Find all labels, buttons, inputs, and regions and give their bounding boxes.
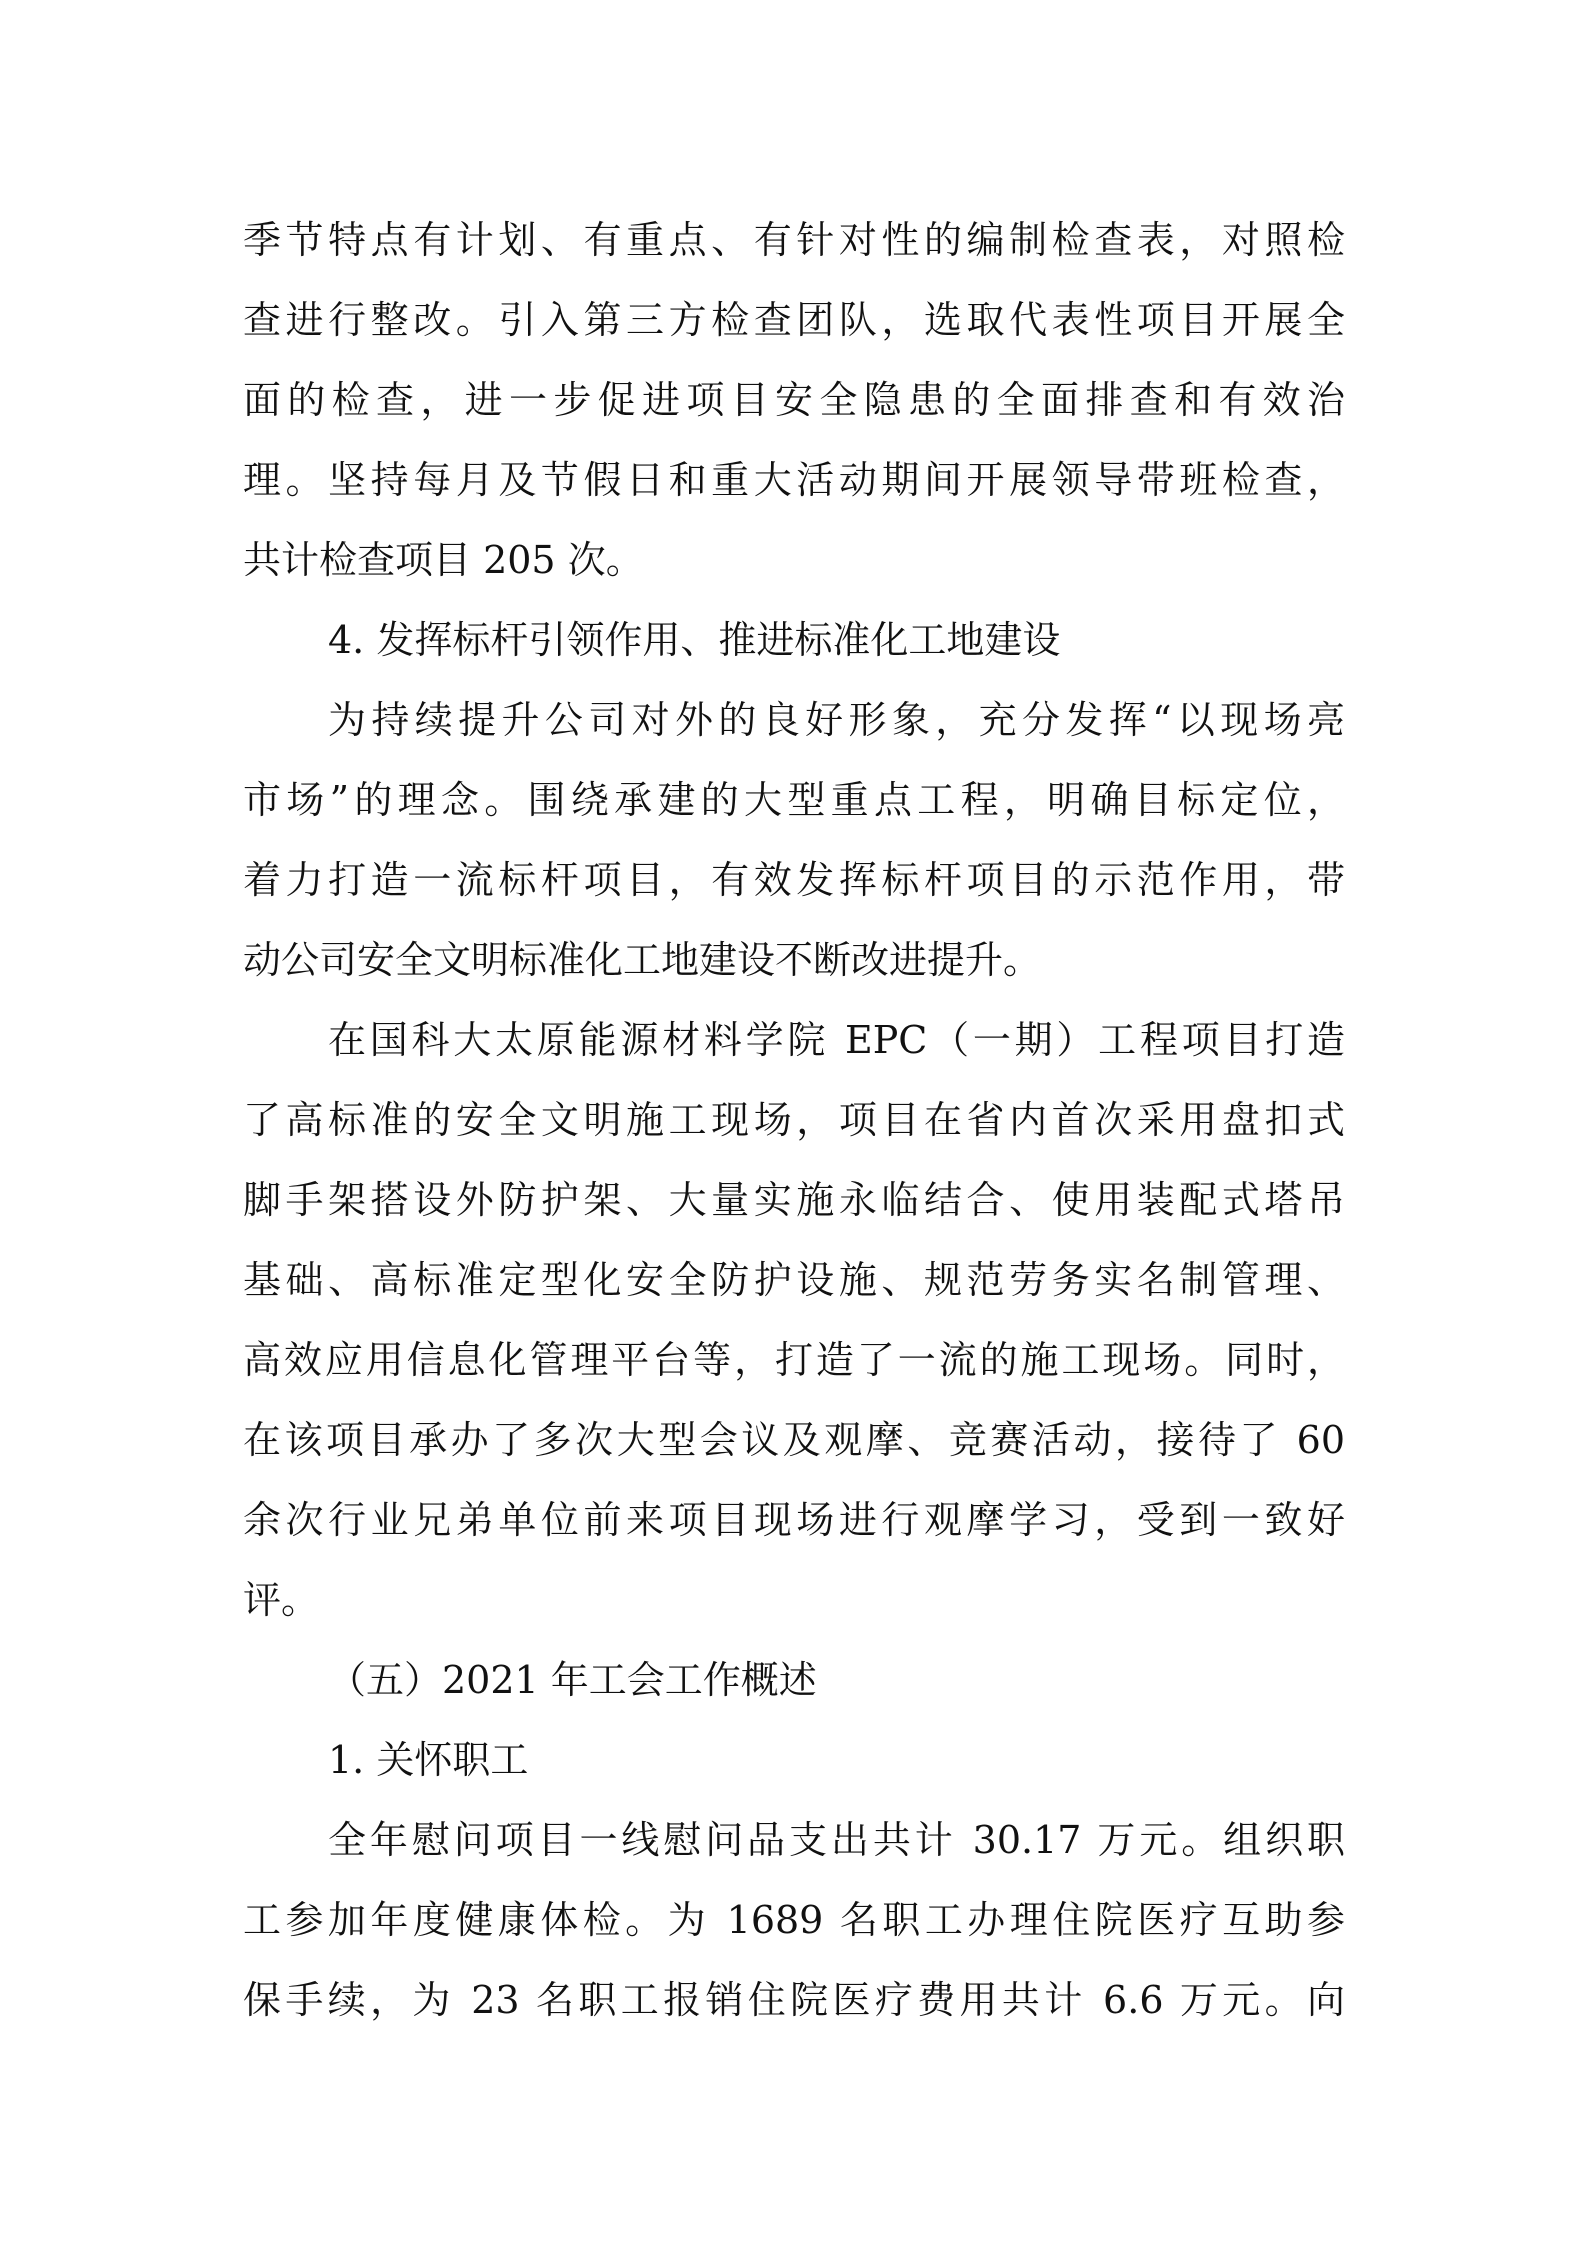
subsection-heading-1: 1. 关怀职工 bbox=[243, 1720, 1345, 1800]
text-line-4: 理。坚持每月及节假日和重大活动期间开展领导带班检查， bbox=[243, 440, 1345, 520]
section-heading-5: （五）2021 年工会工作概述 bbox=[243, 1640, 1345, 1720]
text-line-13: 脚手架搭设外防护架、大量实施永临结合、使用装配式塔吊 bbox=[243, 1160, 1345, 1240]
text-line-16: 在该项目承办了多次大型会议及观摩、竞赛活动，接待了 60 bbox=[243, 1400, 1345, 1480]
text-line-22: 工参加年度健康体检。为 1689 名职工办理住院医疗互助参 bbox=[243, 1880, 1345, 1960]
document-page: 季节特点有计划、有重点、有针对性的编制检查表，对照检 查进行整改。引入第三方检查… bbox=[243, 200, 1345, 2040]
text-line-21: 全年慰问项目一线慰问品支出共计 30.17 万元。组织职 bbox=[243, 1800, 1345, 1880]
text-line-17: 余次行业兄弟单位前来项目现场进行观摩学习，受到一致好 bbox=[243, 1480, 1345, 1560]
section-heading-4: 4. 发挥标杆引领作用、推进标准化工地建设 bbox=[243, 600, 1345, 680]
text-line-9: 着力打造一流标杆项目，有效发挥标杆项目的示范作用，带 bbox=[243, 840, 1345, 920]
text-line-7: 为持续提升公司对外的良好形象，充分发挥“以现场亮 bbox=[243, 680, 1345, 760]
text-line-1: 季节特点有计划、有重点、有针对性的编制检查表，对照检 bbox=[243, 200, 1345, 280]
text-line-15: 高效应用信息化管理平台等，打造了一流的施工现场。同时， bbox=[243, 1320, 1345, 1400]
text-line-12: 了高标准的安全文明施工现场，项目在省内首次采用盘扣式 bbox=[243, 1080, 1345, 1160]
text-line-23: 保手续，为 23 名职工报销住院医疗费用共计 6.6 万元。向 bbox=[243, 1960, 1345, 2040]
text-line-18: 评。 bbox=[243, 1560, 1345, 1640]
text-line-2: 查进行整改。引入第三方检查团队，选取代表性项目开展全 bbox=[243, 280, 1345, 360]
text-line-10: 动公司安全文明标准化工地建设不断改进提升。 bbox=[243, 920, 1345, 1000]
text-line-11: 在国科大太原能源材料学院 EPC（一期）工程项目打造 bbox=[243, 1000, 1345, 1080]
text-line-3: 面的检查，进一步促进项目安全隐患的全面排查和有效治 bbox=[243, 360, 1345, 440]
text-line-8: 市场”的理念。围绕承建的大型重点工程，明确目标定位， bbox=[243, 760, 1345, 840]
text-line-5: 共计检查项目 205 次。 bbox=[243, 520, 1345, 600]
text-line-14: 基础、高标准定型化安全防护设施、规范劳务实名制管理、 bbox=[243, 1240, 1345, 1320]
